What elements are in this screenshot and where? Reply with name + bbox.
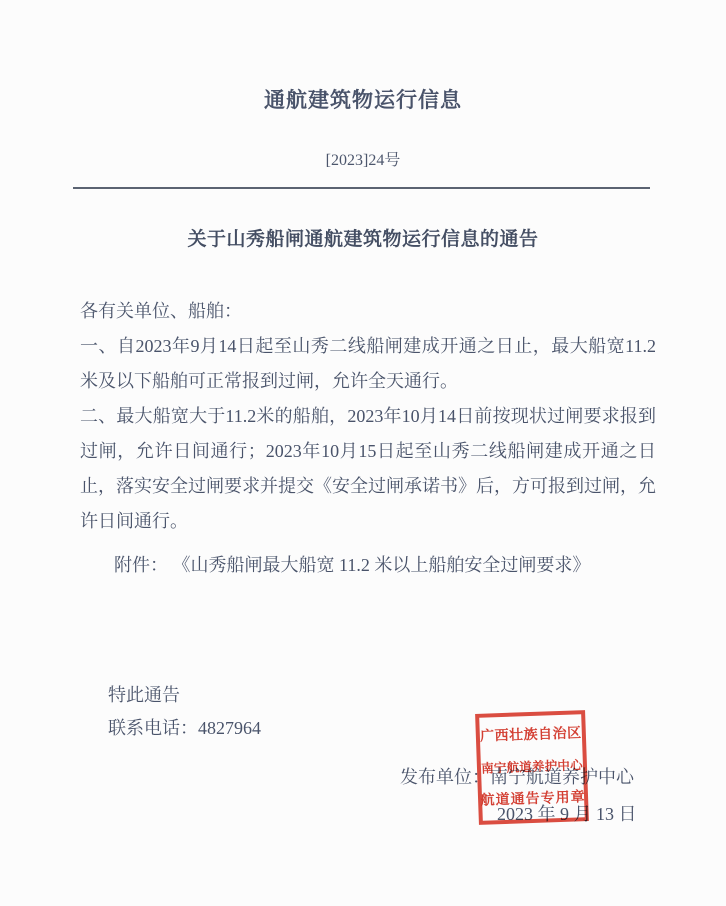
notice-document-page: 通航建筑物运行信息 [2023]24号 关于山秀船闸通航建筑物运行信息的通告 各… [0, 0, 726, 906]
document-number: [2023]24号 [0, 147, 726, 170]
closing-block: 特此通告 联系电话：4827964 [108, 679, 261, 745]
stamp-purpose-line: 航道通告专用章 [480, 790, 585, 809]
stamp-organization-line: 南宁航道养护中心 [481, 759, 583, 776]
notice-heading: 关于山秀船闸通航建筑物运行信息的通告 [0, 224, 726, 251]
closing-line: 特此通告 [108, 679, 261, 712]
salutation-line: 各有关单位、船舶： [80, 294, 656, 329]
document-title: 通航建筑物运行信息 [0, 84, 726, 114]
body-paragraph-2: 二、最大船宽大于11.2米的船舶，2023年10月14日前按现状过闸要求报到过闸… [80, 399, 656, 539]
horizontal-divider [73, 187, 650, 189]
official-red-stamp: 广西壮族自治区 南宁航道养护中心 航道通告专用章 [475, 710, 589, 825]
stamp-region-line: 广西壮族自治区 [480, 726, 582, 745]
notice-body: 各有关单位、船舶： 一、自2023年9月14日起至山秀二线船闸建成开通之日止，最… [80, 294, 656, 539]
contact-phone-line: 联系电话：4827964 [108, 712, 261, 745]
attachment-reference: 附件： 《山秀船闸最大船宽 11.2 米以上船舶安全过闸要求》 [114, 551, 674, 577]
body-paragraph-1: 一、自2023年9月14日起至山秀二线船闸建成开通之日止，最大船宽11.2米及以… [80, 329, 656, 399]
